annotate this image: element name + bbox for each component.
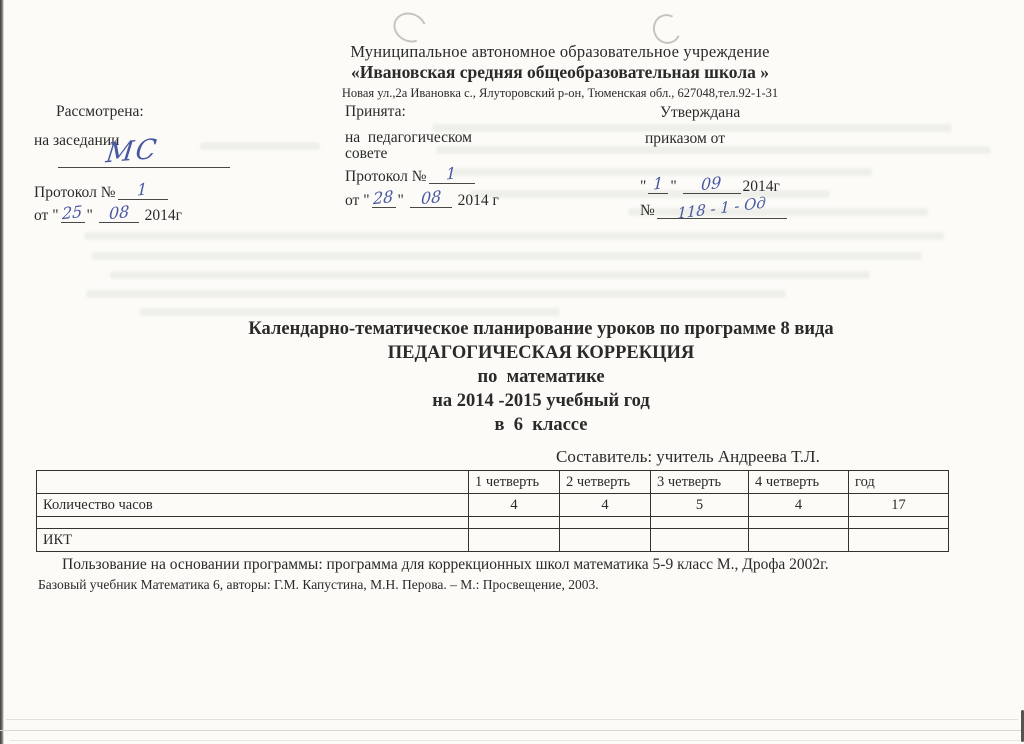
cell-value — [849, 529, 949, 552]
row-label: Количество часов — [37, 494, 469, 517]
year-label: 2014 г — [458, 192, 499, 209]
row-label — [37, 517, 469, 529]
day-underline: 28 — [372, 192, 396, 208]
cell-value: 4 — [560, 494, 651, 517]
bleed-through-artifact — [92, 252, 922, 260]
handwritten-day: 1 — [653, 175, 664, 191]
day-underline: 25 — [61, 207, 85, 223]
handwritten-month: 09 — [701, 175, 722, 193]
cell-value — [651, 517, 749, 529]
title-line2: ПЕДАГОГИЧЕСКАЯ КОРРЕКЦИЯ — [58, 341, 1024, 365]
document-title-block: Календарно-тематическое планирование уро… — [58, 317, 1024, 437]
cell-value: 5 — [651, 494, 749, 517]
protocol-number-underline: 1 — [118, 184, 168, 200]
handwritten-org-abbrev: МС — [104, 133, 160, 169]
org-address-line: Новая ул.,2а Ивановка с., Ялуторовский р… — [96, 86, 1024, 101]
handwritten-protocol-number: 1 — [446, 165, 457, 181]
cell-value — [749, 517, 849, 529]
approved-title: Утверждана — [660, 104, 740, 122]
handwritten-day: 28 — [373, 189, 394, 207]
from-label: от — [34, 207, 52, 224]
title-line3: по математике — [58, 365, 1024, 389]
org-name-line: «Ивановская средняя общеобразовательная … — [96, 62, 1024, 83]
org-type-line: Муниципальное автономное образовательное… — [96, 42, 1024, 62]
scan-bottom-line — [0, 730, 1024, 731]
day-underline: 1 — [648, 178, 668, 194]
year-label: 2014г — [145, 207, 182, 224]
table-row-ikt: ИКТ — [37, 529, 949, 552]
base-textbook-line: Базовый учебник Математика 6, авторы: Г.… — [38, 577, 599, 593]
protocol-label: Протокол № — [345, 168, 427, 185]
header-cell: 3 четверть — [651, 471, 749, 494]
protocol-label: Протокол № — [34, 184, 116, 201]
approval-block-accepted: Принята: на педагогическом совете Проток… — [345, 100, 590, 230]
accepted-line2: совете — [345, 145, 387, 163]
title-line5: в 6 классе — [58, 413, 1024, 437]
quote: " — [52, 207, 58, 224]
cell-value — [469, 517, 560, 529]
scan-bottom-line — [10, 740, 1020, 741]
header-cell: 4 четверть — [749, 471, 849, 494]
reviewed-protocol-line: Протокол №1 — [34, 184, 170, 202]
signature-underline — [58, 166, 230, 168]
approval-block-reviewed: Рассмотрена: на заседании МС Протокол №1… — [34, 100, 279, 235]
hours-table: 1 четверть 2 четверть 3 четверть 4 четве… — [36, 470, 949, 552]
cell-value: 4 — [749, 494, 849, 517]
handwritten-day: 25 — [62, 204, 83, 222]
handwritten-order-number: 118 - 1 - Од — [677, 195, 766, 221]
table-row-empty — [37, 517, 949, 529]
cell-value — [651, 529, 749, 552]
table-row-hours: Количество часов 4 4 5 4 17 — [37, 494, 949, 517]
header-cell: 1 четверть — [469, 471, 560, 494]
quote: " — [670, 178, 676, 195]
scan-bottom-line — [6, 719, 1018, 720]
approved-number-line: №118 - 1 - Од — [640, 202, 789, 220]
number-label: № — [640, 202, 655, 219]
handwritten-protocol-number: 1 — [137, 181, 148, 197]
year-label: 2014г — [743, 178, 780, 195]
accepted-title: Принята: — [345, 103, 406, 121]
handwritten-month: 08 — [108, 204, 129, 222]
row-label: ИКТ — [37, 529, 469, 552]
author-line: Составитель: учитель Андреева Т.Л. — [556, 447, 820, 467]
table-header-row: 1 четверть 2 четверть 3 четверть 4 четве… — [37, 471, 949, 494]
cell-value: 17 — [849, 494, 949, 517]
scan-left-edge-shadow — [0, 0, 4, 744]
order-number-underline: 118 - 1 - Од — [657, 203, 787, 219]
quote: " — [640, 178, 646, 195]
cell-value — [560, 517, 651, 529]
cell-value: 4 — [469, 494, 560, 517]
cell-value — [469, 529, 560, 552]
program-basis-line: Пользование на основании программы: прог… — [62, 556, 829, 574]
header-cell: год — [849, 471, 949, 494]
quote: " — [398, 192, 404, 209]
approved-line1: приказом от — [645, 130, 725, 148]
approval-block-approved: Утверждана приказом от "1" 092014г №118 … — [612, 102, 912, 232]
title-line1: Календарно-тематическое планирование уро… — [58, 317, 1024, 341]
header-cell: 2 четверть — [560, 471, 651, 494]
accepted-date-line: от "28" 08 2014 г — [345, 192, 499, 210]
month-underline: 09 — [683, 178, 741, 194]
reviewed-title: Рассмотрена: — [56, 103, 144, 121]
handwritten-month: 08 — [420, 189, 441, 207]
bleed-through-artifact — [140, 308, 560, 316]
reviewed-date-line: от "25" 08 2014г — [34, 207, 182, 225]
accepted-protocol-line: Протокол №1 — [345, 168, 477, 186]
month-underline: 08 — [410, 192, 452, 208]
month-underline: 08 — [99, 207, 139, 223]
protocol-number-underline: 1 — [429, 168, 475, 184]
title-line4: на 2014 -2015 учебный год — [58, 389, 1024, 413]
quote: " — [363, 192, 369, 209]
cell-value — [749, 529, 849, 552]
bleed-through-artifact — [110, 271, 870, 279]
from-label: от — [345, 192, 363, 209]
header-cell — [37, 471, 469, 494]
cell-value — [560, 529, 651, 552]
cell-value — [849, 517, 949, 529]
scanned-document-page: Муниципальное автономное образовательное… — [0, 0, 1024, 744]
bleed-through-artifact — [86, 290, 786, 298]
quote: " — [87, 207, 93, 224]
